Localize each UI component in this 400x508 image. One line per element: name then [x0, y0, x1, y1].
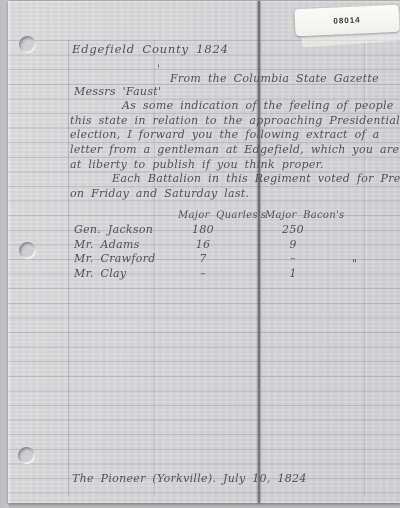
- table-row-candidate: Mr. Clay: [74, 267, 126, 281]
- table-cell-bacon: 1: [272, 267, 314, 281]
- body-line: letter from a gentleman at Edgefield, wh…: [70, 143, 399, 157]
- table-row-candidate: Mr. Crawford: [74, 252, 156, 266]
- table-row-candidate: Gen. Jackson: [74, 223, 153, 237]
- stray-apostrophe-mark: ': [157, 63, 160, 77]
- table-header-bacon: Major Bacon's: [265, 209, 344, 223]
- catalog-number: 08014: [333, 15, 361, 25]
- scanned-document: 08014 Edgefield County 1824 ' From the C…: [0, 0, 400, 508]
- document-heading: Edgefield County 1824: [72, 42, 229, 56]
- body-line: on Friday and Saturday last.: [70, 187, 249, 201]
- table-row-candidate: Mr. Adams: [74, 238, 140, 252]
- table-cell-bacon: 9: [272, 238, 314, 252]
- paper-sheet: 08014 Edgefield County 1824 ' From the C…: [8, 1, 400, 503]
- body-line: election, I forward you the following ex…: [70, 128, 380, 142]
- body-line: Each Battalion in this Regiment voted fo…: [112, 172, 400, 186]
- punch-hole-top: [19, 36, 36, 53]
- table-cell-quarles: –: [182, 267, 224, 281]
- salutation-line: Messrs 'Faust': [74, 85, 161, 99]
- source-attribution-line: From the Columbia State Gazette: [170, 72, 379, 86]
- catalog-label: 08014: [294, 5, 399, 37]
- table-header-quarles: Major Quarles's: [178, 209, 266, 223]
- punch-hole-bottom: [18, 447, 35, 464]
- table-cell-bacon: 250: [272, 223, 314, 237]
- citation-line: The Pioneer (Yorkville). July 10, 1824: [72, 472, 307, 486]
- margin-line: [68, 40, 69, 496]
- table-cell-quarles: 180: [182, 223, 224, 237]
- body-line: at liberty to publish if you think prope…: [70, 158, 324, 172]
- punch-hole-middle: [19, 242, 36, 259]
- body-line: As some indication of the feeling of peo…: [122, 99, 400, 113]
- table-cell-bacon: –: [272, 252, 314, 266]
- table-cell-quarles: 7: [182, 252, 224, 266]
- body-line: this state in relation to the approachin…: [70, 114, 400, 128]
- ditto-mark: ": [352, 257, 357, 271]
- table-cell-quarles: 16: [182, 238, 224, 252]
